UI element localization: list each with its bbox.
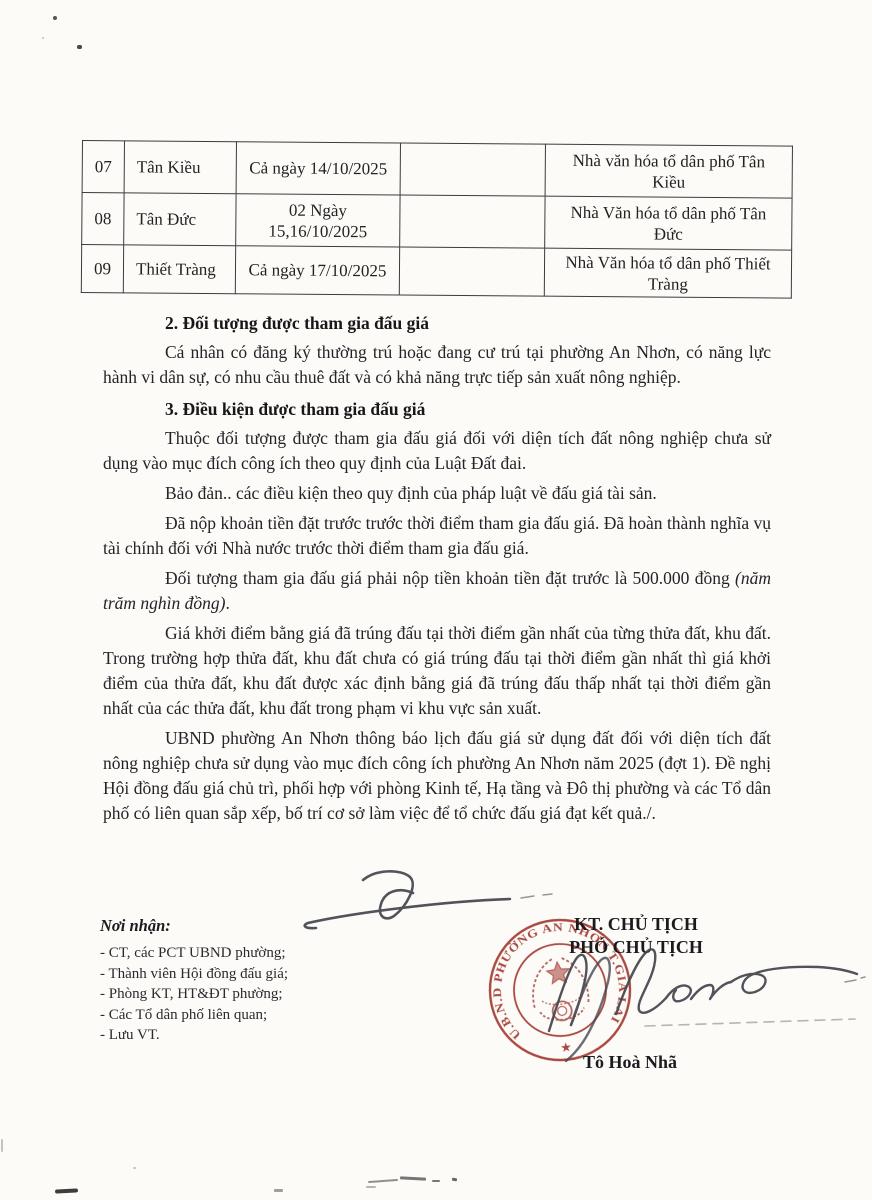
recipients-label: Nơi nhận: [100, 916, 400, 936]
table-row: 08 Tân Đức 02 Ngày 15,16/10/2025 Nhà Văn… [82, 193, 792, 251]
empty-cell [400, 195, 545, 248]
scan-speck [1, 1139, 3, 1152]
auction-time: Cả ngày 17/10/2025 [235, 246, 399, 295]
time-line: 02 Ngày [242, 199, 393, 221]
emblem-star-icon [546, 961, 570, 984]
paragraph: Đã nộp khoản tiền đặt trước trước thời đ… [103, 511, 771, 561]
table-row: 09 Thiết Tràng Cả ngày 17/10/2025 Nhà Vă… [81, 245, 791, 299]
signer-name: Tô Hoà Nhã [530, 1052, 730, 1073]
section-2-heading: 2. Đối tượng được tham gia đấu giá [103, 311, 771, 336]
scan-speck [133, 1167, 136, 1169]
signature-title: KT. CHỦ TỊCH PHÓ CHỦ TỊCH [530, 913, 742, 959]
area-name: Tân Đức [124, 193, 236, 246]
time-line: 15,16/10/2025 [242, 220, 393, 242]
row-number: 07 [82, 141, 124, 193]
paragraph: Thuộc đối tượng được tham gia đấu giá đố… [103, 426, 771, 476]
auction-location: Nhà Văn hóa tổ dân phố Thiết Tràng [544, 248, 791, 298]
area-name: Thiết Tràng [123, 245, 235, 294]
auction-time: Cả ngày 14/10/2025 [236, 142, 400, 195]
scan-speck [53, 16, 57, 20]
auction-time: 02 Ngày 15,16/10/2025 [236, 194, 400, 247]
scan-smudge [366, 1186, 376, 1188]
period: . [226, 593, 230, 613]
scan-smudge [368, 1179, 398, 1183]
paragraph: Giá khởi điểm bằng giá đã trúng đấu tại … [103, 621, 771, 721]
auction-schedule-table: 07 Tân Kiều Cả ngày 14/10/2025 Nhà văn h… [81, 140, 793, 299]
scan-smudge [452, 1178, 457, 1182]
paragraph: Bảo đản.. các điều kiện theo quy định củ… [103, 481, 771, 506]
deposit-text: Đối tượng tham gia đấu giá phải nộp tiền… [165, 568, 735, 588]
auction-location: Nhà Văn hóa tổ dân phố Tân Đức [545, 196, 792, 250]
row-number: 09 [81, 245, 123, 293]
scan-smudge [400, 1176, 426, 1180]
recipient-item: - CT, các PCT UBND phường; [100, 943, 400, 964]
auction-location: Nhà văn hóa tổ dân phố Tân Kiều [545, 144, 792, 198]
paragraph: Cá nhân có đăng ký thường trú hoặc đang … [103, 340, 771, 390]
table-row: 07 Tân Kiều Cả ngày 14/10/2025 Nhà văn h… [82, 141, 792, 199]
recipients-block: Nơi nhận: - CT, các PCT UBND phường; - T… [100, 916, 400, 1046]
time-line: Cả ngày 17/10/2025 [242, 259, 393, 281]
empty-cell [399, 247, 544, 296]
scan-smudge [55, 1188, 78, 1193]
recipient-item: - Lưu VT. [100, 1025, 400, 1046]
document-body: 2. Đối tượng được tham gia đấu giá Cá nh… [103, 311, 771, 831]
empty-cell [400, 143, 545, 196]
stamp-emblem [529, 955, 590, 1023]
scan-smudge [432, 1180, 440, 1182]
scan-smudge [274, 1189, 283, 1192]
time-line: Cả ngày 14/10/2025 [243, 157, 394, 179]
signature-title-line1: KT. CHỦ TỊCH [530, 913, 742, 936]
signature-underline [645, 1019, 855, 1026]
paragraph: Đối tượng tham gia đấu giá phải nộp tiền… [103, 566, 771, 616]
signature-title-line2: PHÓ CHỦ TỊCH [530, 936, 742, 959]
recipient-item: - Các Tổ dân phố liên quan; [100, 1005, 400, 1026]
row-number: 08 [82, 193, 124, 245]
area-name: Tân Kiều [124, 141, 236, 194]
recipient-item: - Phòng KT, HT&ĐT phường; [100, 984, 400, 1005]
section-3-heading: 3. Điều kiện được tham gia đấu giá [103, 397, 771, 422]
closing-paragraph: UBND phường An Nhơn thông báo lịch đấu g… [103, 726, 771, 826]
scan-speck [77, 45, 82, 49]
recipient-item: - Thành viên Hội đồng đấu giá; [100, 964, 400, 985]
scan-speck [42, 37, 44, 39]
